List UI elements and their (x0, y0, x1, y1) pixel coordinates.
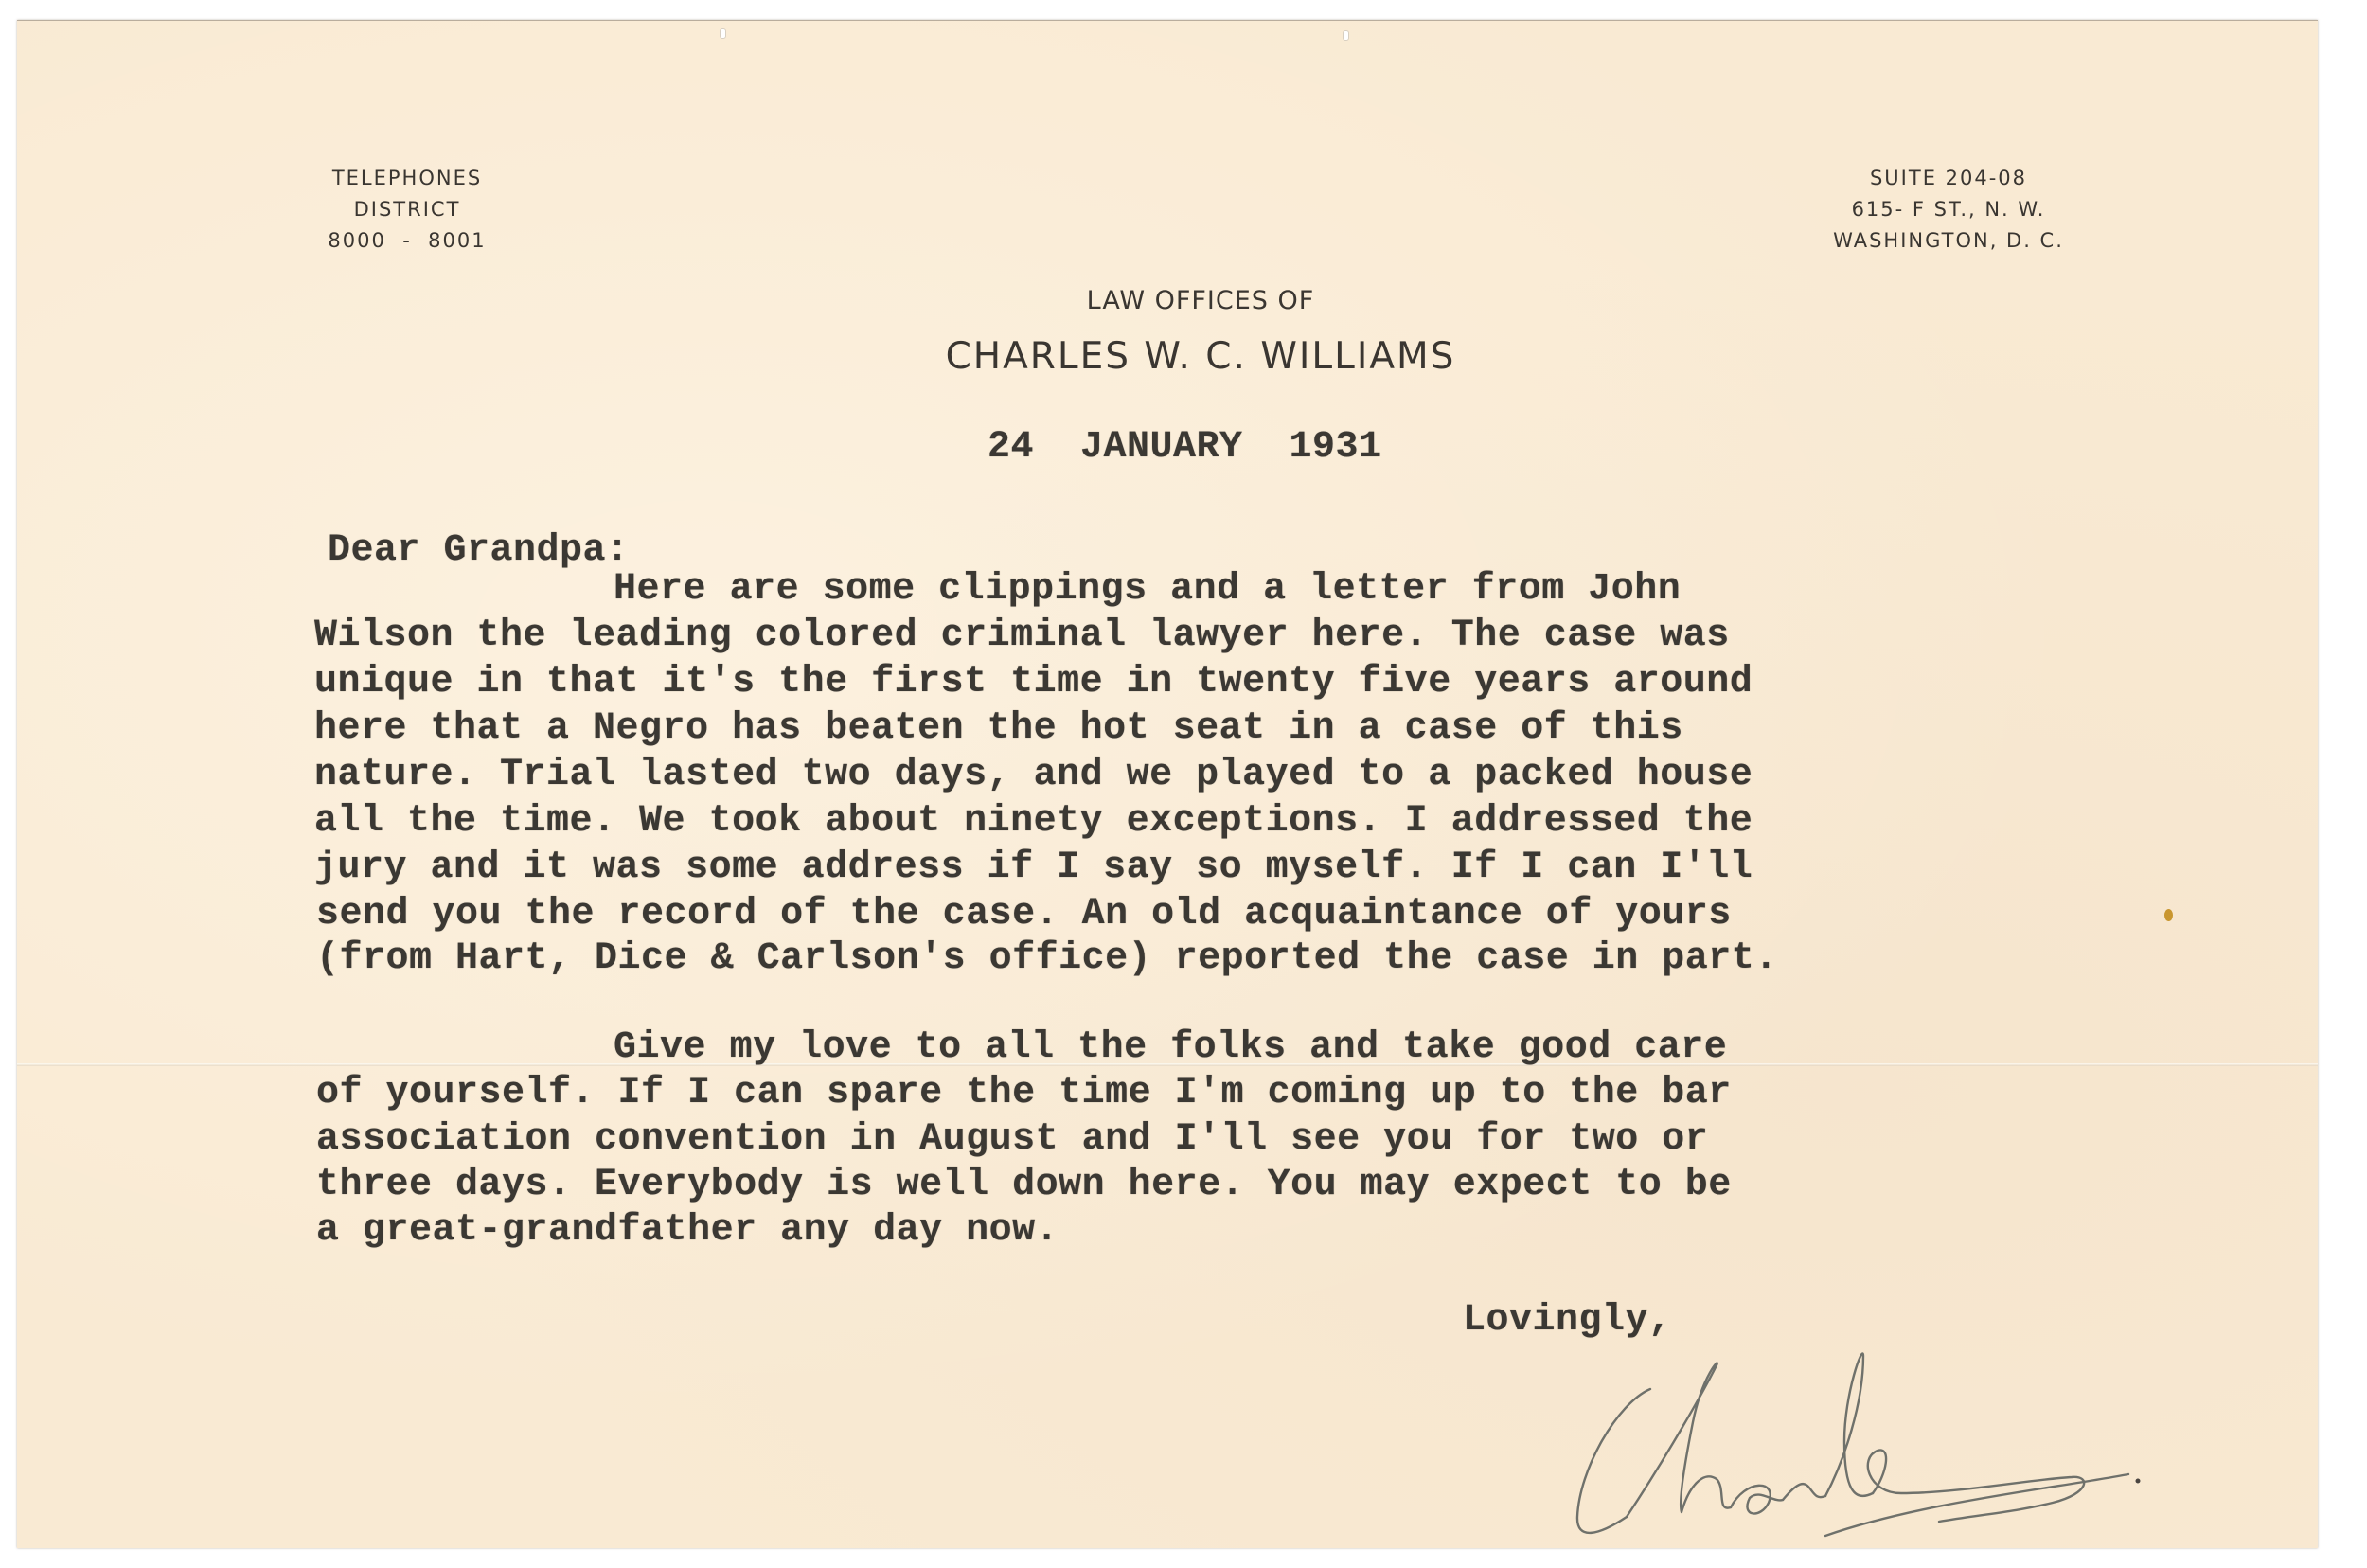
body-line: jury and it was some address if I say so… (314, 846, 1753, 889)
body-line: association convention in August and I'l… (316, 1118, 1708, 1161)
paper-mark (720, 28, 726, 39)
salutation: Dear Grandpa: (328, 529, 630, 572)
body-line: Give my love to all the folks and take g… (335, 1026, 1727, 1069)
letter-date: 24 JANUARY 1931 (988, 426, 1382, 469)
body-line: of yourself. If I can spare the time I'm… (316, 1072, 1732, 1114)
body-line: three days. Everybody is well down here.… (316, 1164, 1732, 1206)
telephone-line: DISTRICT (289, 194, 525, 225)
telephone-block: TELEPHONES DISTRICT 8000 - 8001 (289, 163, 525, 257)
body-line: nature. Trial lasted two days, and we pl… (314, 754, 1753, 796)
body-line: a great-grandfather any day now. (316, 1209, 1059, 1252)
address-line: SUITE 204-08 (1788, 163, 2109, 194)
signature (1560, 1337, 2176, 1545)
address-block: SUITE 204-08 615- F ST., N. W. WASHINGTO… (1788, 163, 2109, 257)
body-line: Here are some clippings and a letter fro… (335, 568, 1681, 611)
body-line: (from Hart, Dice & Carlson's office) rep… (316, 937, 1778, 980)
body-line: Wilson the leading colored criminal lawy… (314, 615, 1730, 657)
body-line: unique in that it's the first time in tw… (314, 661, 1753, 704)
body-line: all the time. We took about ninety excep… (314, 800, 1753, 843)
address-line: 615- F ST., N. W. (1788, 194, 2109, 225)
ink-stain (2164, 909, 2173, 921)
paper-mark (1343, 30, 1349, 41)
law-offices-label: LAW OFFICES OF (869, 286, 1532, 315)
telephone-line: 8000 - 8001 (289, 225, 525, 257)
letter-page: TELEPHONES DISTRICT 8000 - 8001 SUITE 20… (17, 20, 2318, 1548)
telephone-line: TELEPHONES (289, 163, 525, 194)
address-line: WASHINGTON, D. C. (1788, 225, 2109, 257)
closing: Lovingly, (1463, 1299, 1672, 1342)
body-line: here that a Negro has beaten the hot sea… (314, 707, 1683, 750)
body-line: send you the record of the case. An old … (316, 893, 1732, 935)
firm-name: CHARLES W. C. WILLIAMS (756, 335, 1646, 378)
